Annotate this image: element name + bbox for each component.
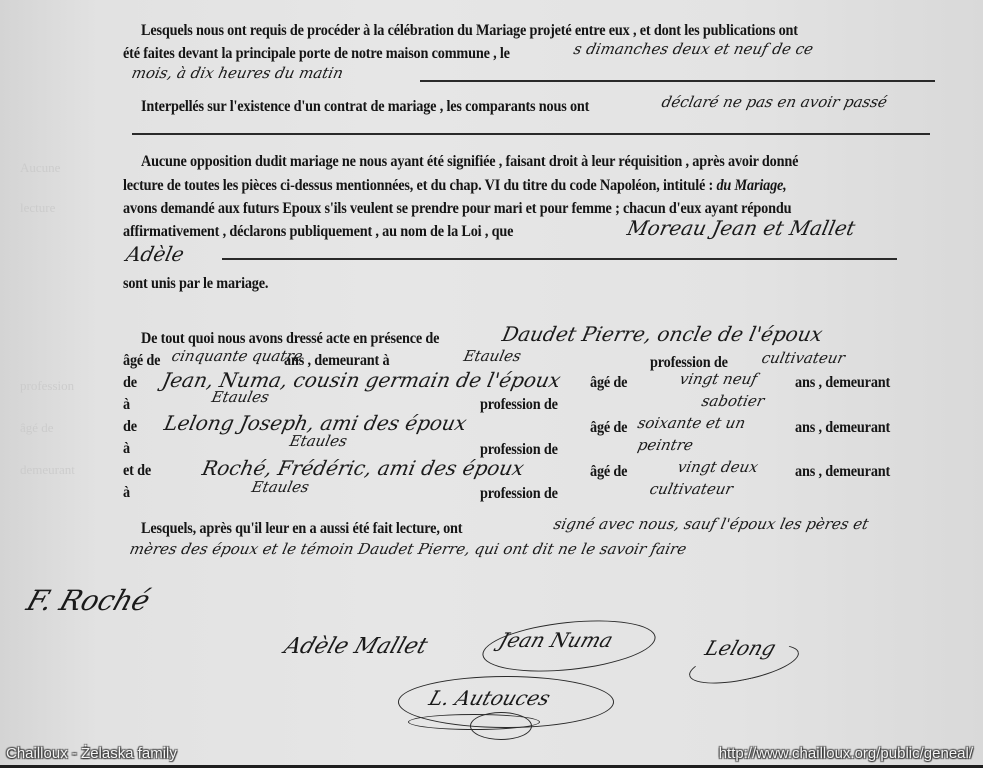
para1-line2: été faites devant la principale porte de…: [123, 45, 510, 63]
witness2-de-label: de: [123, 374, 137, 392]
witness4-age-label: âgé de: [590, 463, 627, 481]
witness4-name: Roché, Frédéric, ami des époux: [200, 456, 526, 480]
witness1-town: Etaules: [462, 347, 523, 365]
witness3-town: Etaules: [288, 432, 349, 450]
witness2-a-label: à: [123, 396, 130, 414]
fill-line: [420, 80, 935, 82]
signature-flourish: [470, 712, 532, 740]
para3-line2: lecture de toutes les pièces ci-dessus m…: [123, 177, 787, 195]
bleed-through-text: âgé de: [20, 420, 54, 436]
para2-handwritten: déclaré ne pas en avoir passé: [660, 93, 889, 111]
fill-line: [132, 133, 930, 135]
para3-line2-text: lecture de toutes les pièces ci-dessus m…: [123, 177, 713, 194]
para3-line2-italic: du Mariage,: [716, 177, 786, 194]
bleed-through-text: lecture: [20, 200, 55, 216]
bride-first-name-handwritten: Adèle: [124, 242, 186, 266]
witness4-town: Etaules: [250, 478, 311, 496]
witness2-age-label: âgé de: [590, 374, 627, 392]
bleed-through-text: Aucune: [20, 160, 60, 176]
para1-line3-handwritten: mois, à dix heures du matin: [130, 64, 345, 82]
closing-handwritten-1: signé avec nous, sauf l'époux les pères …: [552, 515, 870, 533]
spouses-names-handwritten: Moreau Jean et Mallet: [625, 216, 858, 240]
para1-line2-handwritten: s dimanches deux et neuf de ce: [572, 40, 815, 58]
witness2-profession-label: profession de: [480, 396, 558, 414]
para1-line1: Lesquels nous ont requis de procéder à l…: [141, 22, 798, 40]
para3-line4: affirmativement , déclarons publiquement…: [123, 223, 513, 241]
signature-flourish: [480, 613, 658, 679]
witness3-age: soixante et un: [636, 414, 747, 432]
witness4-a-label: à: [123, 484, 130, 502]
witness4-residence-label: ans , demeurant: [795, 463, 890, 481]
para3-line6: sont unis par le mariage.: [123, 275, 268, 293]
witness2-profession: sabotier: [700, 392, 766, 410]
witness4-age: vingt deux: [676, 458, 760, 476]
witness4-profession-label: profession de: [480, 485, 558, 503]
closing-printed: Lesquels, après qu'il leur en a aussi ét…: [141, 520, 462, 538]
signature-f-roche: F. Roché: [23, 584, 155, 617]
witness4-et-de-label: et de: [123, 462, 151, 480]
witness2-age: vingt neuf: [678, 370, 759, 388]
watermark-url[interactable]: http://www.chailloux.org/public/geneal/: [719, 745, 973, 762]
witness3-profession: peintre: [636, 436, 695, 454]
para2-printed: Interpellés sur l'existence d'un contrat…: [141, 98, 589, 116]
witness3-de-label: de: [123, 418, 137, 436]
witness2-town: Etaules: [210, 388, 271, 406]
witness3-a-label: à: [123, 440, 130, 458]
para3-line1: Aucune opposition dudit mariage ne nous …: [141, 153, 798, 171]
witness4-profession: cultivateur: [648, 480, 735, 498]
witness1-age-label: âgé de: [123, 352, 160, 370]
watermark-family: Chailloux - Żelaska family: [6, 745, 177, 762]
witness2-residence-label: ans , demeurant: [795, 374, 890, 392]
witness3-residence-label: ans , demeurant: [795, 419, 890, 437]
witness1-name: Daudet Pierre, oncle de l'époux: [500, 322, 825, 346]
witness3-age-label: âgé de: [590, 419, 627, 437]
civil-marriage-record: Aucune lecture profession âgé de demeura…: [0, 0, 983, 768]
bleed-through-text: profession: [20, 378, 74, 394]
witness-intro: De tout quoi nous avons dressé acte en p…: [141, 330, 439, 348]
witness1-profession: cultivateur: [760, 349, 847, 367]
bleed-through-text: demeurant: [20, 462, 75, 478]
signature-adele-mallet: Adèle Mallet: [281, 634, 431, 659]
closing-handwritten-2: mères des époux et le témoin Daudet Pier…: [128, 540, 688, 558]
fill-line: [222, 258, 897, 260]
